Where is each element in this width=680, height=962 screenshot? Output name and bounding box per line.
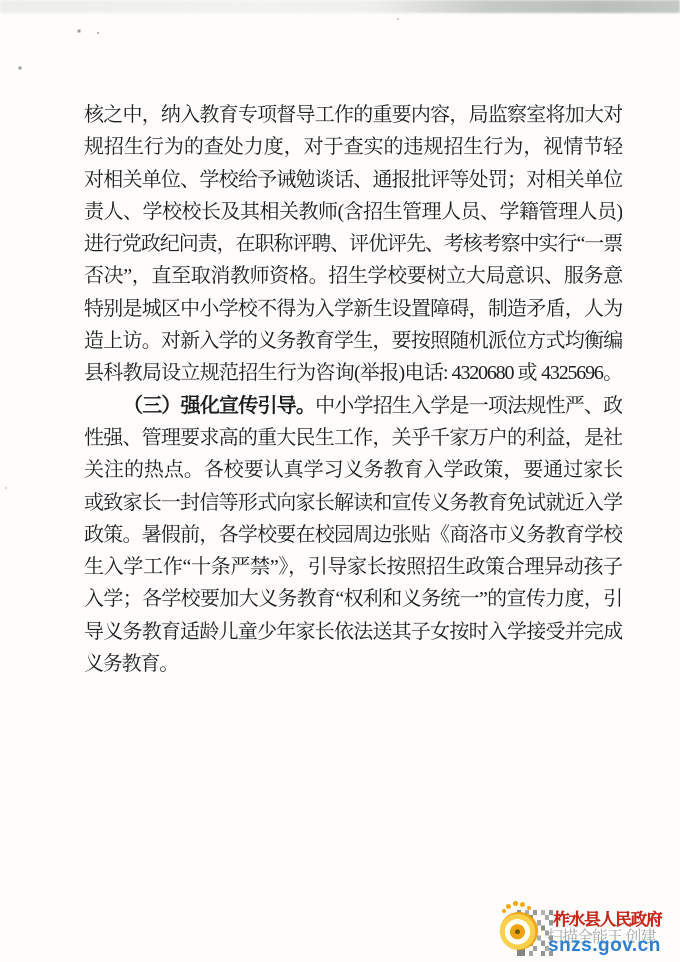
scan-speck-artifacts xyxy=(0,0,2,2)
sun-logo-ray-dot xyxy=(502,909,506,913)
document-body: 核之中，纳入教育专项督导工作的重要内容，局监察室将加大对违规招生行为的查处力度，… xyxy=(84,99,622,680)
document-line: 或致家长一封信等形式向家长解读和宣传义务教育免试就近入学 xyxy=(84,487,622,519)
line-text: 县科教局设立规范招生行为咨询(举报)电话: 4320680 或 4325696。 xyxy=(84,362,622,384)
line-text: 关注的热点。各校要认真学习义务教育入学政策，要通过家长会、 xyxy=(84,459,622,486)
document-line: （三）强化宣传引导。中小学招生入学是一项法规性严、政策 xyxy=(84,390,622,422)
line-text: 对相关单位、学校给予诫勉谈话、通报批评等处罚；对相关单位负 xyxy=(84,169,622,196)
document-line: 否决”，直至取消教师资格。招生学校要树立大局意识、服务意识， xyxy=(84,260,622,292)
document-line: 政策。暑假前，各学校要在校园周边张贴《商洛市义务教育学校招 xyxy=(84,519,622,551)
document-line: 进行党政纪问责，在职称评聘、评优评先、考核考察中实行“一票 xyxy=(84,228,622,260)
sun-logo-ray-dot xyxy=(513,901,518,906)
line-text: 核之中，纳入教育专项督导工作的重要内容，局监察室将加大对违 xyxy=(84,104,622,131)
sun-logo-ray-dot xyxy=(520,902,525,907)
watermark-gov-name: 柞水县人民政府 xyxy=(553,906,662,930)
document-page: 核之中，纳入教育专项督导工作的重要内容，局监察室将加大对违规招生行为的查处力度，… xyxy=(0,0,680,962)
line-text: 进行党政纪问责，在职称评聘、评优评先、考核考察中实行“一票 xyxy=(84,233,622,255)
line-text: 政策。暑假前，各学校要在校园周边张贴《商洛市义务教育学校招 xyxy=(84,524,622,551)
document-line: 核之中，纳入教育专项督导工作的重要内容，局监察室将加大对违 xyxy=(84,99,622,131)
document-line: 造上访。对新入学的义务教育学生，要按照随机派位方式均衡编班。 xyxy=(84,325,622,357)
document-line: 义务教育。 xyxy=(84,648,622,680)
document-line: 入学；各学校要加大义务教育“权利和义务统一”的宣传力度，引 xyxy=(84,583,622,615)
line-text: 义务教育。 xyxy=(84,653,178,675)
scan-noise-band xyxy=(0,0,680,13)
section-heading: （三）强化宣传引导。 xyxy=(123,395,315,417)
document-line: 县科教局设立规范招生行为咨询(举报)电话: 4320680 或 4325696。 xyxy=(84,357,622,389)
watermark-gov-url: snzs.gov.cn xyxy=(548,935,661,957)
document-line: 性强、管理要求高的重大民生工作，关乎千家万户的利益，是社会 xyxy=(84,422,622,454)
document-line: 特别是城区中小学校不得为入学新生设置障碍，制造矛盾，人为制 xyxy=(84,293,622,325)
watermark: 柞水县人民政府 扫描全能王 创建 snzs.gov.cn xyxy=(498,900,670,962)
document-line: 导义务教育适龄儿童少年家长依法送其子女按时入学接受并完成 xyxy=(84,616,622,648)
sun-logo-ray-dot xyxy=(506,904,511,909)
sun-logo-icon xyxy=(500,912,538,950)
sun-logo-ray-dot xyxy=(527,906,531,910)
line-text: 规招生行为的查处力度，对于查实的违规招生行为，视情节轻重， xyxy=(84,136,622,163)
line-text: 特别是城区中小学校不得为入学新生设置障碍，制造矛盾，人为制 xyxy=(84,298,622,325)
line-text: 否决”，直至取消教师资格。招生学校要树立大局意识、服务意识， xyxy=(84,265,622,292)
line-text: 责人、学校校长及其相关教师(含招生管理人员、学籍管理人员) xyxy=(84,201,622,223)
line-text: 导义务教育适龄儿童少年家长依法送其子女按时入学接受并完成 xyxy=(84,621,622,643)
document-line: 生入学工作“十条严禁”》，引导家长按照招生政策合理异动孩子 xyxy=(84,551,622,583)
line-text: 入学；各学校要加大义务教育“权利和义务统一”的宣传力度，引 xyxy=(84,588,622,610)
line-text: 造上访。对新入学的义务教育学生，要按照随机派位方式均衡编班。 xyxy=(84,330,622,357)
line-text: 生入学工作“十条严禁”》，引导家长按照招生政策合理异动孩子 xyxy=(84,556,622,578)
line-text: 或致家长一封信等形式向家长解读和宣传义务教育免试就近入学 xyxy=(84,492,622,514)
line-text: 性强、管理要求高的重大民生工作，关乎千家万户的利益，是社会 xyxy=(84,427,622,454)
document-line: 规招生行为的查处力度，对于查实的违规招生行为，视情节轻重， xyxy=(84,131,622,163)
document-line: 关注的热点。各校要认真学习义务教育入学政策，要通过家长会、 xyxy=(84,454,622,486)
document-line: 对相关单位、学校给予诫勉谈话、通报批评等处罚；对相关单位负 xyxy=(84,164,622,196)
document-line: 责人、学校校长及其相关教师(含招生管理人员、学籍管理人员) xyxy=(84,196,622,228)
